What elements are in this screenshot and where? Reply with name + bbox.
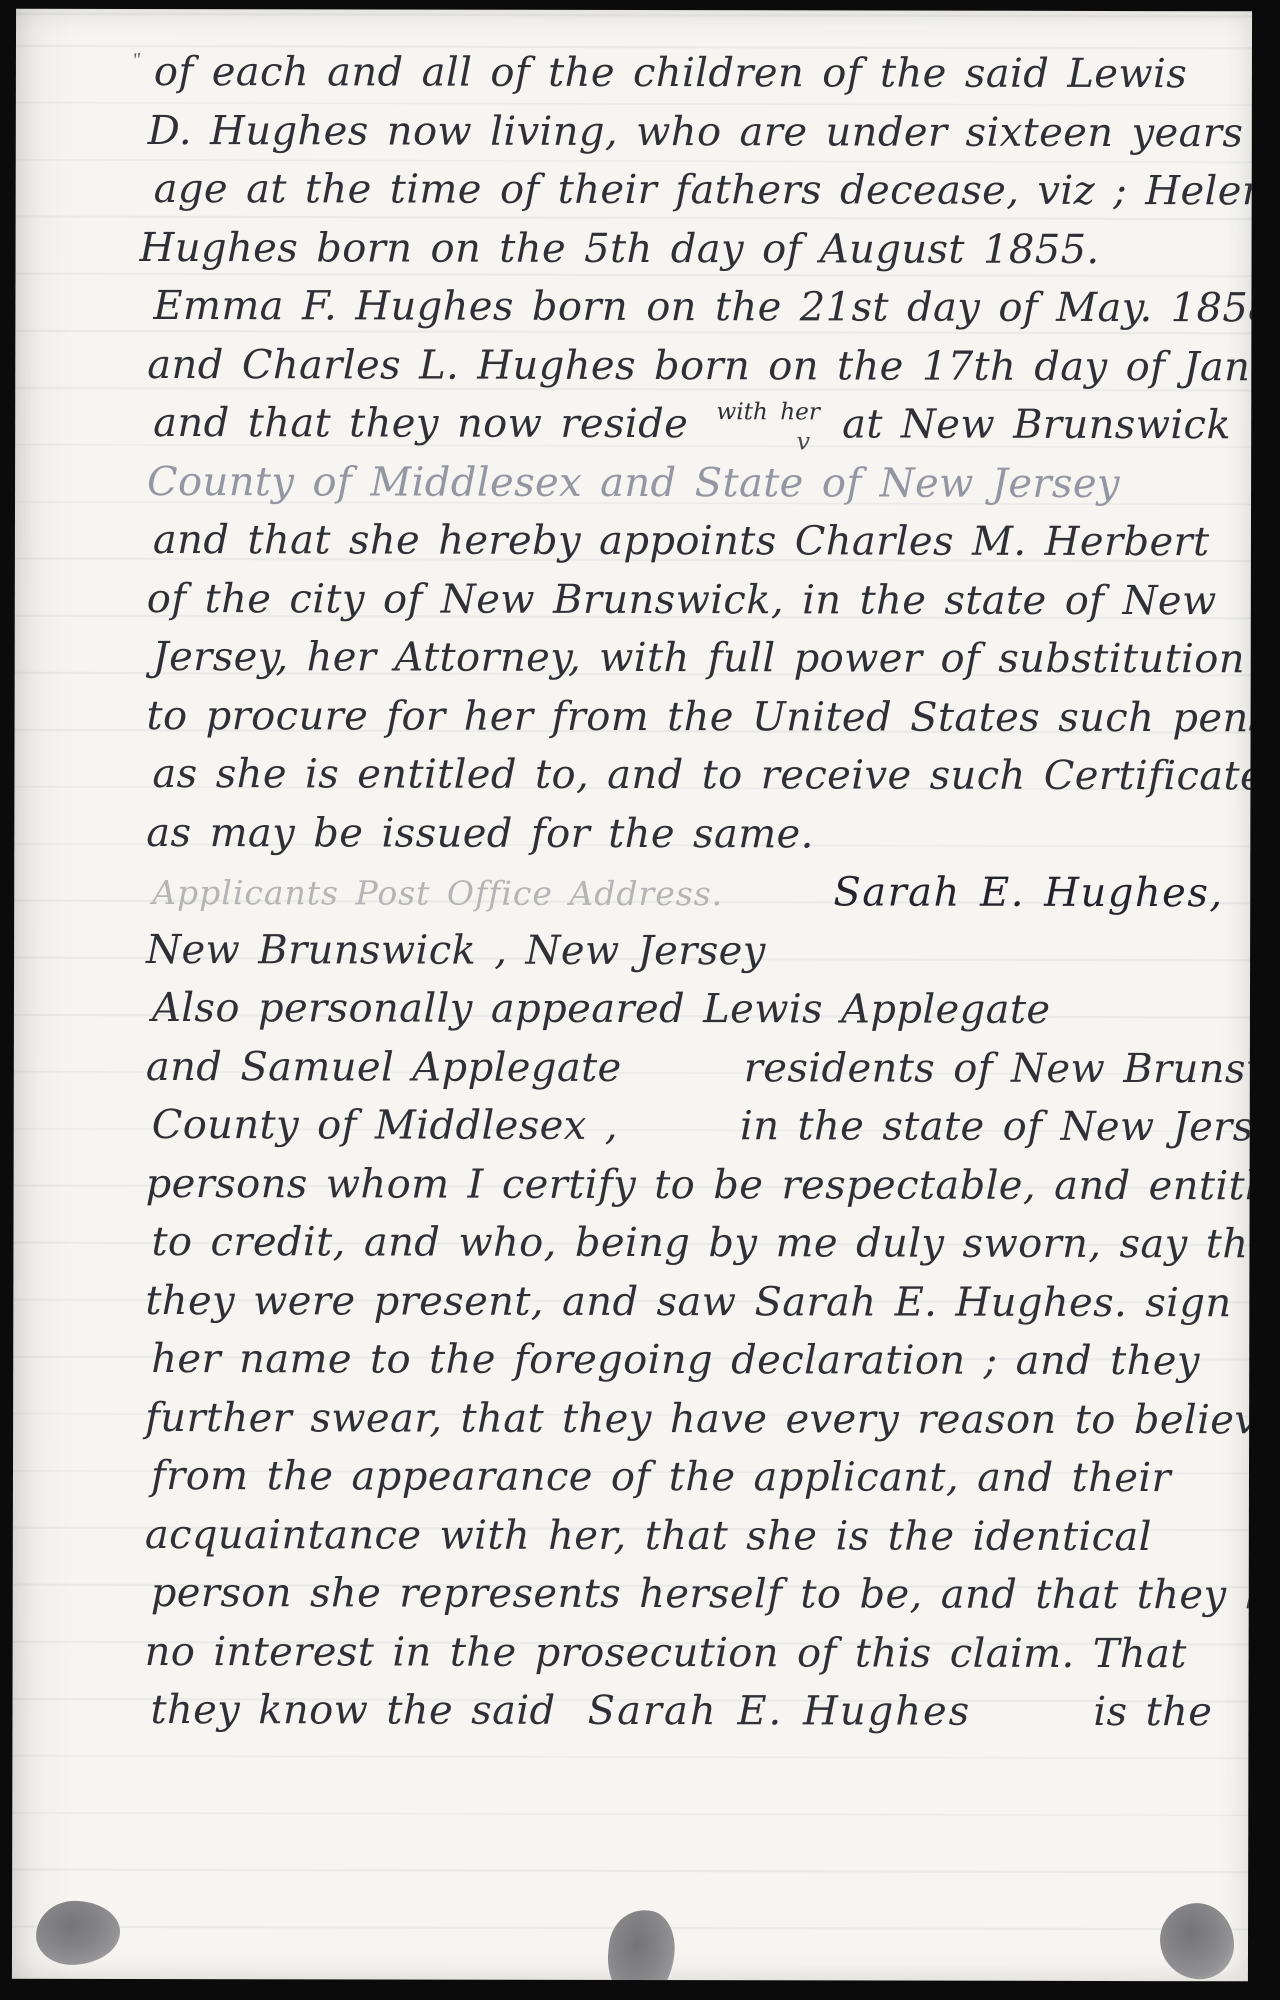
signature-text: Sarah E. Hughes, bbox=[833, 869, 1223, 916]
document-line: and Samuel Applegate residents of New Br… bbox=[146, 1037, 1232, 1098]
document-line: County of Middlesex , in the state of Ne… bbox=[152, 1096, 1232, 1157]
document-line: and that they now reside with her vat Ne… bbox=[153, 394, 1233, 455]
line-segment: and that they now reside bbox=[153, 400, 688, 447]
document-line: Also personally appeared Lewis Applegate bbox=[152, 979, 1232, 1040]
document-line: Emma F. Hughes born on the 21st day of M… bbox=[153, 277, 1233, 338]
document-line: of each and all of the children of the s… bbox=[154, 43, 1234, 104]
manuscript-text-block: of each and all of the children of the s… bbox=[12, 9, 1252, 1742]
seal-blot-bottom-center bbox=[603, 1907, 678, 1982]
document-line: age at the time of their fathers decease… bbox=[154, 160, 1234, 221]
document-line: Hughes born on the 5th day of August 185… bbox=[140, 218, 1234, 279]
line-segment: is the bbox=[1093, 1689, 1212, 1735]
line-segment: they know the said bbox=[150, 1687, 555, 1734]
document-line: New Brunswick , New Jersey bbox=[146, 920, 1232, 981]
document-line: person she represents herself to be, and… bbox=[151, 1564, 1231, 1625]
document-line: D. Hughes now living, who are under sixt… bbox=[148, 101, 1234, 162]
document-line: further swear, that they have every reas… bbox=[145, 1388, 1231, 1449]
document-line: her name to the foregoing declaration ; … bbox=[151, 1330, 1231, 1391]
document-line: they were present, and saw Sarah E. Hugh… bbox=[145, 1271, 1231, 1332]
document-line: and Charles L. Hughes born on the 17th d… bbox=[147, 335, 1233, 396]
line-segment: at New Brunswick bbox=[842, 401, 1231, 448]
line-segment: County of Middlesex , bbox=[152, 1102, 618, 1149]
document-line: to credit, and who, being by me duly swo… bbox=[151, 1213, 1231, 1274]
document-line: Jersey, her Attorney, with full power of… bbox=[153, 628, 1233, 689]
seal-blot-bottom-right bbox=[1160, 1903, 1234, 1979]
document-line: and that she hereby appoints Charles M. … bbox=[153, 511, 1233, 572]
document-line: persons whom I certify to be respectable… bbox=[146, 1154, 1232, 1215]
document-line: they know the said Sarah E. Hughes is th… bbox=[150, 1681, 1230, 1742]
line-segment: residents of New Brunswick bbox=[744, 1045, 1252, 1092]
document-line: of the city of New Brunswick, in the sta… bbox=[147, 569, 1233, 630]
document-line: no interest in the prosecution of this c… bbox=[145, 1622, 1231, 1683]
document-line: from the appearance of the applicant, an… bbox=[151, 1447, 1231, 1508]
document-line: Applicants Post Office Address. Sarah E.… bbox=[152, 862, 1232, 923]
document-line: as she is entitled to, and to receive su… bbox=[152, 745, 1232, 806]
inserted-word: with her bbox=[716, 398, 820, 425]
document-line: to procure for her from the United State… bbox=[147, 686, 1233, 747]
line-segment: in the state of New Jersey bbox=[740, 1103, 1252, 1150]
manuscript-paper: ″ of each and all of the children of the… bbox=[12, 9, 1252, 1982]
scanned-document-background: ″ of each and all of the children of the… bbox=[0, 0, 1280, 2000]
seal-blot-bottom-left bbox=[36, 1901, 120, 1965]
line-segment: Sarah E. Hughes bbox=[588, 1688, 972, 1735]
document-line: County of Middlesex and State of New Jer… bbox=[147, 452, 1233, 513]
document-line: acquaintance with her, that she is the i… bbox=[145, 1505, 1231, 1566]
pencil-note: Applicants Post Office Address. bbox=[152, 873, 723, 913]
document-line: as may be issued for the same. bbox=[146, 803, 1232, 864]
line-segment: and Samuel Applegate bbox=[146, 1043, 622, 1090]
